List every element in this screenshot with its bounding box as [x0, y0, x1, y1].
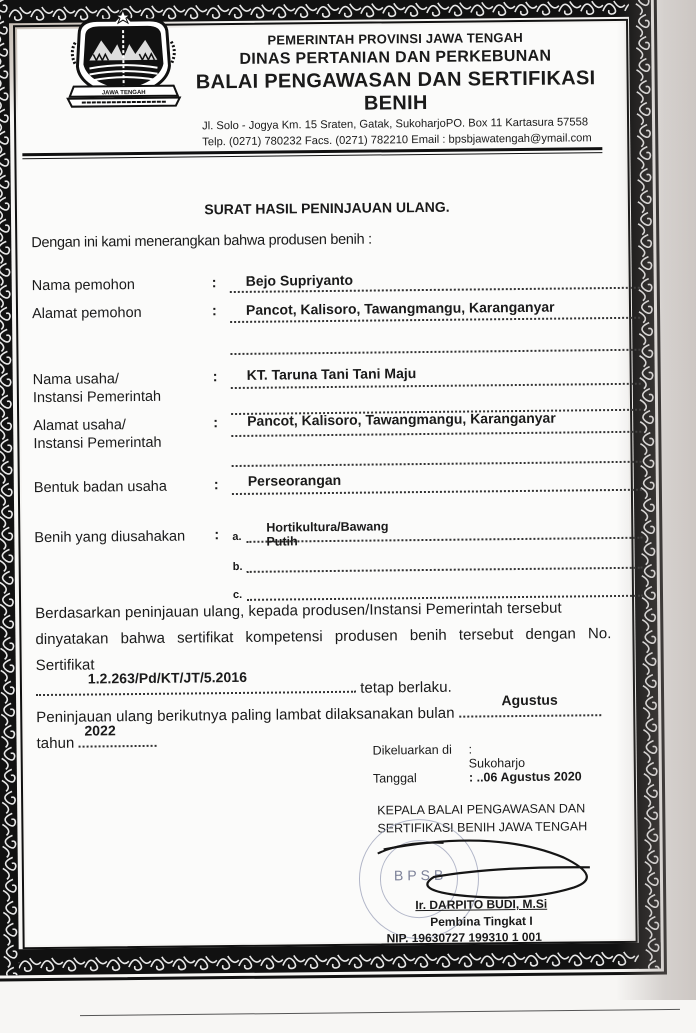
- signatory-name: Ir. DARPITO BUDI, M.Si: [396, 896, 566, 915]
- issue-date: Tanggal : ..06 Agustus 2020: [373, 771, 417, 785]
- field-value: Perseorangan: [248, 472, 342, 489]
- letterhead: PEMERINTAH PROVINSI JAWA TENGAH DINAS PE…: [185, 29, 606, 149]
- central-java-coat-of-arms-icon: JAWA TENGAH: [59, 5, 188, 110]
- field-value: KT. Taruna Tani Tani Maju: [247, 365, 417, 383]
- field-label: Nama usaha/Instansi Pemerintah: [33, 369, 213, 407]
- certificate-number: 1.2.263/Pd/KT/JT/5.2016: [36, 677, 356, 696]
- next-review-month: Agustus: [459, 700, 601, 717]
- field-label: Bentuk badan usaha: [34, 477, 214, 497]
- field-value: Bejo Supriyanto: [246, 272, 354, 289]
- next-review-year: 2022: [78, 731, 156, 748]
- agency-name: DINAS PERTANIAN DAN PERKEBUNAN: [185, 47, 605, 69]
- field-label: Alamat pemohon: [32, 303, 212, 323]
- page-shadow: [616, 0, 696, 1000]
- government-name: PEMERINTAH PROVINSI JAWA TENGAH: [185, 29, 605, 48]
- svg-text:JAWA TENGAH: JAWA TENGAH: [102, 90, 146, 96]
- field-value: Pancot, Kalisoro, Tawangmangu, Karangany…: [247, 410, 556, 429]
- institution-name: BALAI PENGAWASAN DAN SERTIFIKASI BENIH: [186, 67, 606, 117]
- field-value: Pancot, Kalisoro, Tawangmangu, Karangany…: [246, 299, 555, 318]
- field-label: Nama pemohon: [32, 275, 212, 295]
- seed-value: Hortikultura/Bawang Putih: [266, 519, 389, 548]
- signatory-nip: NIP. 19630727 199310 1 001: [387, 930, 542, 946]
- field-label: Alamat usaha/Instansi Pemerintah: [33, 415, 213, 453]
- field-label: Benih yang diusahakan: [34, 527, 214, 547]
- signatory: Ir. DARPITO BUDI, M.Si Pembina Tingkat I: [396, 896, 566, 932]
- review-statement: Berdasarkan peninjauan ulang, kepada pro…: [35, 595, 613, 757]
- address-line: Jl. Solo - Jogya Km. 15 Sraten, Gatak, S…: [202, 115, 606, 133]
- issued-at: Dikeluarkan di : Sukoharjo: [373, 743, 452, 758]
- signatory-rank: Pembina Tingkat I: [396, 913, 566, 932]
- certificate-page: JAWA TENGAH PEMERINTAH PROVINSI JAWA TEN…: [0, 0, 665, 988]
